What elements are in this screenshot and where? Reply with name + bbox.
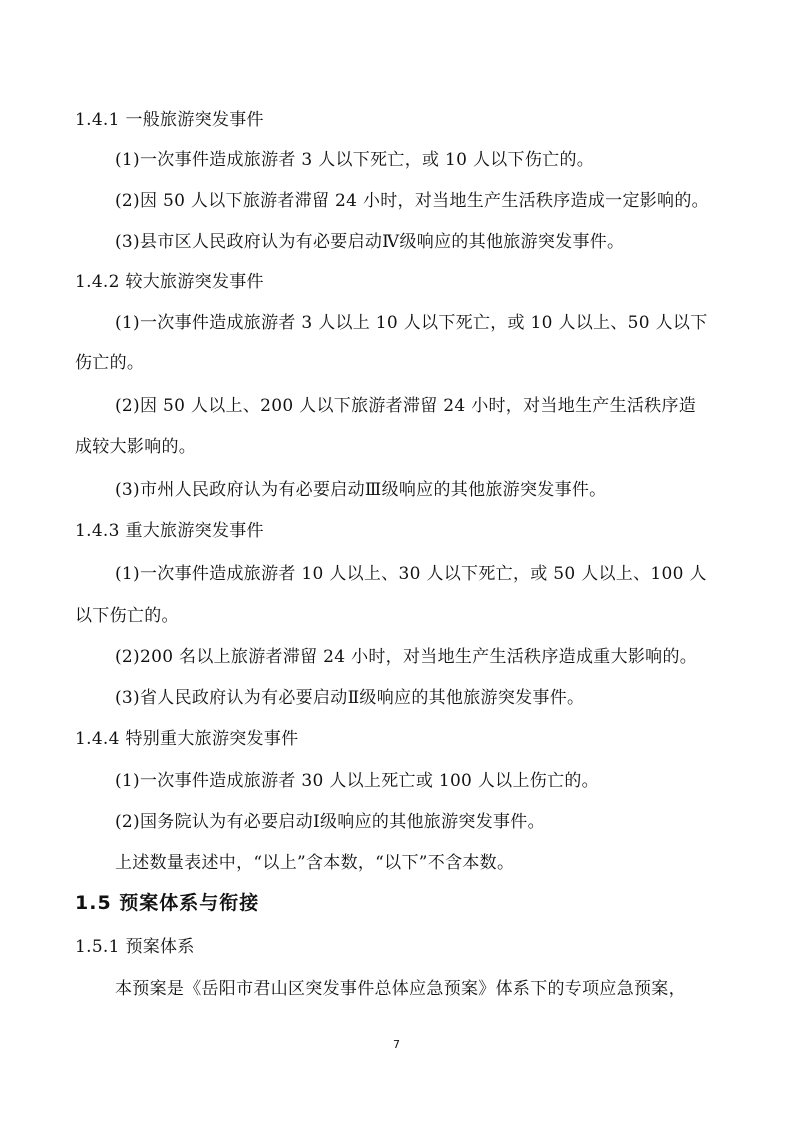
section-heading-1-4-3: 1.4.3 重大旅游突发事件 (75, 520, 264, 542)
paragraph: (1)一次事件造成旅游者 3 人以上 10 人以下死亡，或 10 人以上、50 … (115, 312, 708, 334)
paragraph: (1)一次事件造成旅游者 10 人以上、30 人以下死亡，或 50 人以上、10… (115, 563, 707, 585)
paragraph-note: 上述数量表述中，“以上”含本数，“以下”不含本数。 (115, 852, 514, 874)
section-heading-1-5-1: 1.5.1 预案体系 (75, 936, 195, 958)
paragraph: (1)一次事件造成旅游者 30 人以上死亡或 100 人以上伤亡的。 (115, 770, 599, 792)
paragraph-continuation: 以下伤亡的。 (75, 605, 179, 627)
paragraph: (2)因 50 人以上、200 人以下旅游者滞留 24 小时，对当地生产生活秩序… (115, 395, 696, 417)
paragraph: 本预案是《岳阳市君山区突发事件总体应急预案》体系下的专项应急预案， (115, 978, 686, 1000)
paragraph: (2)国务院认为有必要启动Ⅰ级响应的其他旅游突发事件。 (115, 811, 545, 833)
paragraph: (3)县市区人民政府认为有必要启动Ⅳ级响应的其他旅游突发事件。 (115, 231, 624, 253)
paragraph: (3)市州人民政府认为有必要启动Ⅲ级响应的其他旅游突发事件。 (115, 479, 606, 501)
section-heading-1-5: 1.5 预案体系与衔接 (75, 892, 259, 914)
section-heading-1-4-1: 1.4.1 一般旅游突发事件 (75, 109, 264, 131)
paragraph: (2)因 50 人以下旅游者滞留 24 小时，对当地生产生活秩序造成一定影响的。 (115, 190, 709, 212)
paragraph-continuation: 成较大影响的。 (75, 436, 196, 458)
paragraph-continuation: 伤亡的。 (75, 352, 144, 374)
page-number: 7 (0, 1038, 793, 1051)
section-heading-1-4-4: 1.4.4 特别重大旅游突发事件 (75, 728, 298, 750)
paragraph: (2)200 名以上旅游者滞留 24 小时，对当地生产生活秩序造成重大影响的。 (115, 646, 697, 668)
paragraph: (3)省人民政府认为有必要启动Ⅱ级响应的其他旅游突发事件。 (115, 687, 584, 709)
paragraph: (1)一次事件造成旅游者 3 人以下死亡，或 10 人以下伤亡的。 (115, 149, 594, 171)
section-heading-1-4-2: 1.4.2 较大旅游突发事件 (75, 271, 264, 293)
